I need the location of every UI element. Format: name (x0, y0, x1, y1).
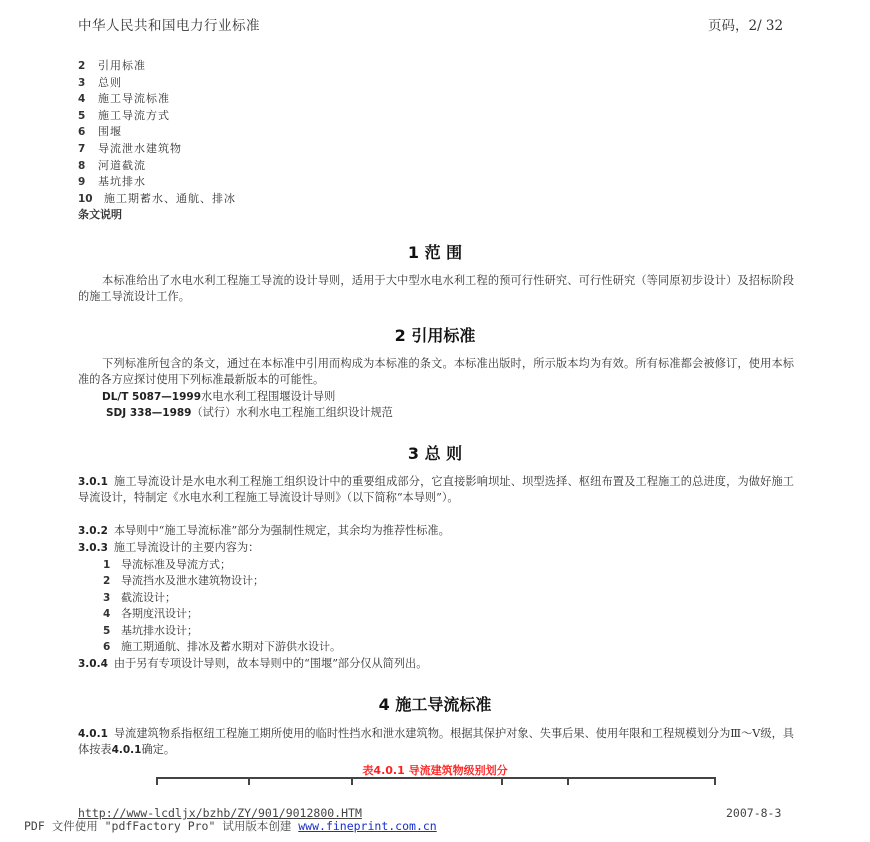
toc-item-label: 总则 (98, 75, 122, 92)
list-item-number: 6 (103, 639, 121, 655)
toc-item-number: 8 (78, 158, 98, 175)
toc-item[interactable]: 4施工导流标准 (78, 91, 236, 108)
clause-text: 本导则中“施工导流标准”部分为强制性规定，其余均为推荐性标准。 (114, 524, 450, 537)
page-number: 页码，2/ 32 (708, 14, 783, 34)
reference-item: SDJ 338—1989（试行）水利水电工程施工组织设计规范 (106, 405, 796, 421)
toc-item-appendix[interactable]: 条文说明 (78, 207, 236, 224)
clause-number: 3.0.3 (78, 542, 108, 554)
toc-item-number: 5 (78, 108, 98, 125)
list-item-text: 导流挡水及泄水建筑物设计； (121, 573, 264, 589)
toc-item[interactable]: 6围堰 (78, 124, 236, 141)
table-column-divider (351, 777, 353, 785)
list-item-text: 各期度汛设计； (121, 606, 198, 622)
toc-item-label: 基坑排水 (98, 174, 146, 191)
table-column-divider (156, 777, 158, 785)
table-reference: 4.0.1 (112, 744, 142, 756)
toc-item-number: 4 (78, 91, 98, 108)
clause-3-0-4: 3.0.4由于另有专项设计导则，故本导则中的“围堰”部分仅从简列出。 (78, 656, 794, 672)
clause-text: 施工导流设计是水电水利工程施工组织设计中的重要组成部分，它直接影响坝址、坝型选择… (78, 475, 794, 504)
clause-3-0-3-list: 1导流标准及导流方式； 2导流挡水及泄水建筑物设计； 3截流设计； 4各期度汛设… (103, 557, 341, 655)
toc-item[interactable]: 2引用标准 (78, 58, 236, 75)
clause-number: 3.0.1 (78, 476, 108, 488)
section-heading-diversion-standard: 4 施工导流标准 (0, 692, 870, 715)
list-item-number: 5 (103, 623, 121, 639)
list-item: 2导流挡水及泄水建筑物设计； (103, 573, 341, 589)
toc-item[interactable]: 8河道截流 (78, 158, 236, 175)
list-item-number: 1 (103, 557, 121, 573)
table-column-divider (501, 777, 503, 785)
clause-3-0-2: 3.0.2本导则中“施工导流标准”部分为强制性规定，其余均为推荐性标准。 (78, 523, 794, 539)
table-column-divider (248, 777, 250, 785)
reference-code: DL/T 5087—1999 (102, 391, 201, 403)
section-heading-scope: 1 范 围 (0, 240, 870, 263)
toc-item-number: 2 (78, 58, 98, 75)
list-item-text: 截流设计； (121, 590, 176, 606)
toc-item-label: 施工导流标准 (98, 91, 170, 108)
toc-item-label: 河道截流 (98, 158, 146, 175)
toc-item[interactable]: 5施工导流方式 (78, 108, 236, 125)
watermark-text: PDF 文件使用 "pdfFactory Pro" 试用版本创建 (24, 819, 298, 833)
table-column-divider (714, 777, 716, 785)
toc-item-label: 施工期蓄水、通航、排冰 (104, 191, 236, 208)
paragraph-text: 本标准给出了水电水利工程施工导流的设计导则，适用于大中型水电水利工程的预可行性研… (78, 274, 794, 303)
fineprint-link[interactable]: www.fineprint.com.cn (298, 819, 436, 833)
list-item: 5基坑排水设计； (103, 623, 341, 639)
document-header-title: 中华人民共和国电力行业标准 (78, 14, 260, 34)
clause-text: 导流建筑物系指枢纽工程施工期所使用的临时性挡水和泄水建筑物。根据其保护对象、失事… (78, 727, 794, 756)
list-item-text: 基坑排水设计； (121, 623, 198, 639)
toc-item-label: 引用标准 (98, 58, 146, 75)
list-item: 6施工期通航、排冰及蓄水期对下游供水设计。 (103, 639, 341, 655)
list-item: 4各期度汛设计； (103, 606, 341, 622)
list-item: 3截流设计； (103, 590, 341, 606)
list-item-number: 4 (103, 606, 121, 622)
toc-item[interactable]: 9基坑排水 (78, 174, 236, 191)
table-top-border (156, 777, 715, 779)
table-of-contents: 2引用标准 3总则 4施工导流标准 5施工导流方式 6围堰 7导流泄水建筑物 8… (78, 58, 236, 224)
clause-3-0-3: 3.0.3施工导流设计的主要内容为： (78, 540, 794, 556)
toc-item-number: 9 (78, 174, 98, 191)
reference-item: DL/T 5087—1999水电水利工程围堰设计导则 (102, 389, 792, 405)
table-column-divider (567, 777, 569, 785)
toc-item[interactable]: 10施工期蓄水、通航、排冰 (78, 191, 236, 208)
section-heading-references: 2 引用标准 (0, 323, 870, 346)
list-item-number: 2 (103, 573, 121, 589)
clause-text: 由于另有专项设计导则，故本导则中的“围堰”部分仅从简列出。 (114, 657, 428, 670)
reference-title: 水电水利工程围堰设计导则 (201, 390, 335, 403)
toc-item-number: 7 (78, 141, 98, 158)
reference-title: （试行）水利水电工程施工组织设计规范 (191, 406, 392, 419)
toc-item-label: 导流泄水建筑物 (98, 141, 182, 158)
list-item-text: 导流标准及导流方式； (121, 557, 231, 573)
table-caption: 表4.0.1 导流建筑物级别划分 (0, 762, 870, 778)
clause-number: 3.0.2 (78, 525, 108, 537)
toc-item[interactable]: 7导流泄水建筑物 (78, 141, 236, 158)
paragraph-text: 下列标准所包含的条文，通过在本标准中引用而构成为本标准的条文。本标准出版时，所示… (78, 357, 794, 386)
clause-text: 施工导流设计的主要内容为： (114, 541, 259, 554)
section-scope-paragraph: 本标准给出了水电水利工程施工导流的设计导则，适用于大中型水电水利工程的预可行性研… (78, 273, 794, 306)
reference-code: SDJ 338—1989 (106, 407, 191, 419)
toc-item-number: 6 (78, 124, 98, 141)
toc-item-number: 10 (78, 191, 104, 208)
section-references-paragraph: 下列标准所包含的条文，通过在本标准中引用而构成为本标准的条文。本标准出版时，所示… (78, 356, 794, 389)
clause-text-end: 确定。 (141, 743, 175, 756)
clause-number: 4.0.1 (78, 728, 108, 740)
clause-3-0-1: 3.0.1施工导流设计是水电水利工程施工组织设计中的重要组成部分，它直接影响坝址… (78, 474, 794, 507)
list-item-text: 施工期通航、排冰及蓄水期对下游供水设计。 (121, 639, 341, 655)
pdf-watermark: PDF 文件使用 "pdfFactory Pro" 试用版本创建 www.fin… (24, 818, 437, 834)
toc-appendix-label: 条文说明 (78, 207, 122, 224)
toc-item[interactable]: 3总则 (78, 75, 236, 92)
clause-4-0-1: 4.0.1导流建筑物系指枢纽工程施工期所使用的临时性挡水和泄水建筑物。根据其保护… (78, 726, 794, 759)
toc-item-label: 围堰 (98, 124, 122, 141)
print-date: 2007-8-3 (726, 806, 781, 820)
toc-item-label: 施工导流方式 (98, 108, 170, 125)
toc-item-number: 3 (78, 75, 98, 92)
list-item: 1导流标准及导流方式； (103, 557, 341, 573)
list-item-number: 3 (103, 590, 121, 606)
clause-number: 3.0.4 (78, 658, 108, 670)
section-heading-general: 3 总 则 (0, 441, 870, 464)
